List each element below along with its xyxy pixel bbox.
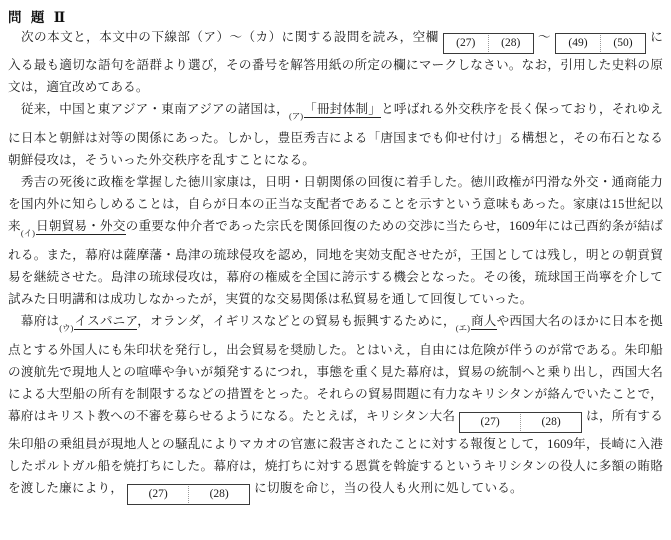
body-paragraph-2: 秀吉の死後に政権を掌握した徳川家康は，日明・日朝関係の回復に着手した。徳川政権が…	[8, 171, 663, 310]
underlined-term-niccho-boeki-gaiko: 日朝貿易・外交	[36, 219, 126, 235]
blank-cell-50: (50)	[600, 35, 645, 52]
blank-cell-28: (28)	[188, 486, 249, 503]
answer-blank-box-27-28: (27)(28)	[443, 33, 534, 54]
page-title: 問 題 Ⅱ	[8, 6, 663, 26]
p3-text-3: や西国大名のほかに日本を拠点とする外国人にも朱印状を発行し，出会貿易を奨励した。…	[8, 314, 663, 423]
p3-text-2: ，オランダ，イギリスなどとの貿易も振興するために，	[137, 314, 456, 328]
blank-cell-28: (28)	[520, 414, 581, 431]
underline-label-a: (ア)	[289, 111, 303, 121]
answer-blank-box-27-28-seppuku: (27)(28)	[127, 484, 250, 505]
underlined-term-shonin: 商人	[471, 314, 497, 330]
underlined-term-sakuhou-taisei: 「冊封体制」	[304, 102, 381, 118]
exam-document-page: 問 題 Ⅱ 次の本文と，本文中の下線部（ア）～（カ）に関する設問を読み，空欄(2…	[0, 0, 671, 505]
blank-cell-27: (27)	[460, 414, 520, 431]
p3-text-1: 幕府は	[8, 314, 59, 328]
underlined-term-ispania: イスパニア	[74, 314, 137, 330]
underline-label-u: (ウ)	[59, 323, 73, 333]
underline-label-e: (エ)	[456, 323, 470, 333]
answer-blank-box-49-50: (49)(50)	[555, 33, 646, 54]
blank-cell-27: (27)	[128, 486, 188, 503]
answer-blank-box-27-28-daimyo: (27)(28)	[459, 412, 582, 433]
blank-cell-49: (49)	[556, 35, 600, 52]
p3-text-5: に切腹を命じ，当の役人も火刑に処している。	[254, 481, 523, 495]
p1-text-1: 従来，中国と東アジア・東南アジアの諸国は，	[8, 102, 289, 116]
underline-label-i: (イ)	[21, 228, 35, 238]
body-paragraph-3: 幕府は(ウ)イスパニア，オランダ，イギリスなどとの貿易も振興するために，(エ)商…	[8, 310, 663, 505]
blank-range-separator: ～	[538, 30, 551, 44]
blank-cell-28: (28)	[488, 35, 533, 52]
intro-text-before: 次の本文と，本文中の下線部（ア）～（カ）に関する設問を読み，空欄	[8, 30, 439, 44]
intro-paragraph: 次の本文と，本文中の下線部（ア）～（カ）に関する設問を読み，空欄(27)(28)…	[8, 26, 663, 98]
blank-cell-27: (27)	[444, 35, 488, 52]
body-paragraph-1: 従来，中国と東アジア・東南アジアの諸国は，(ア)「冊封体制」と呼ばれる外交秩序を…	[8, 98, 663, 171]
